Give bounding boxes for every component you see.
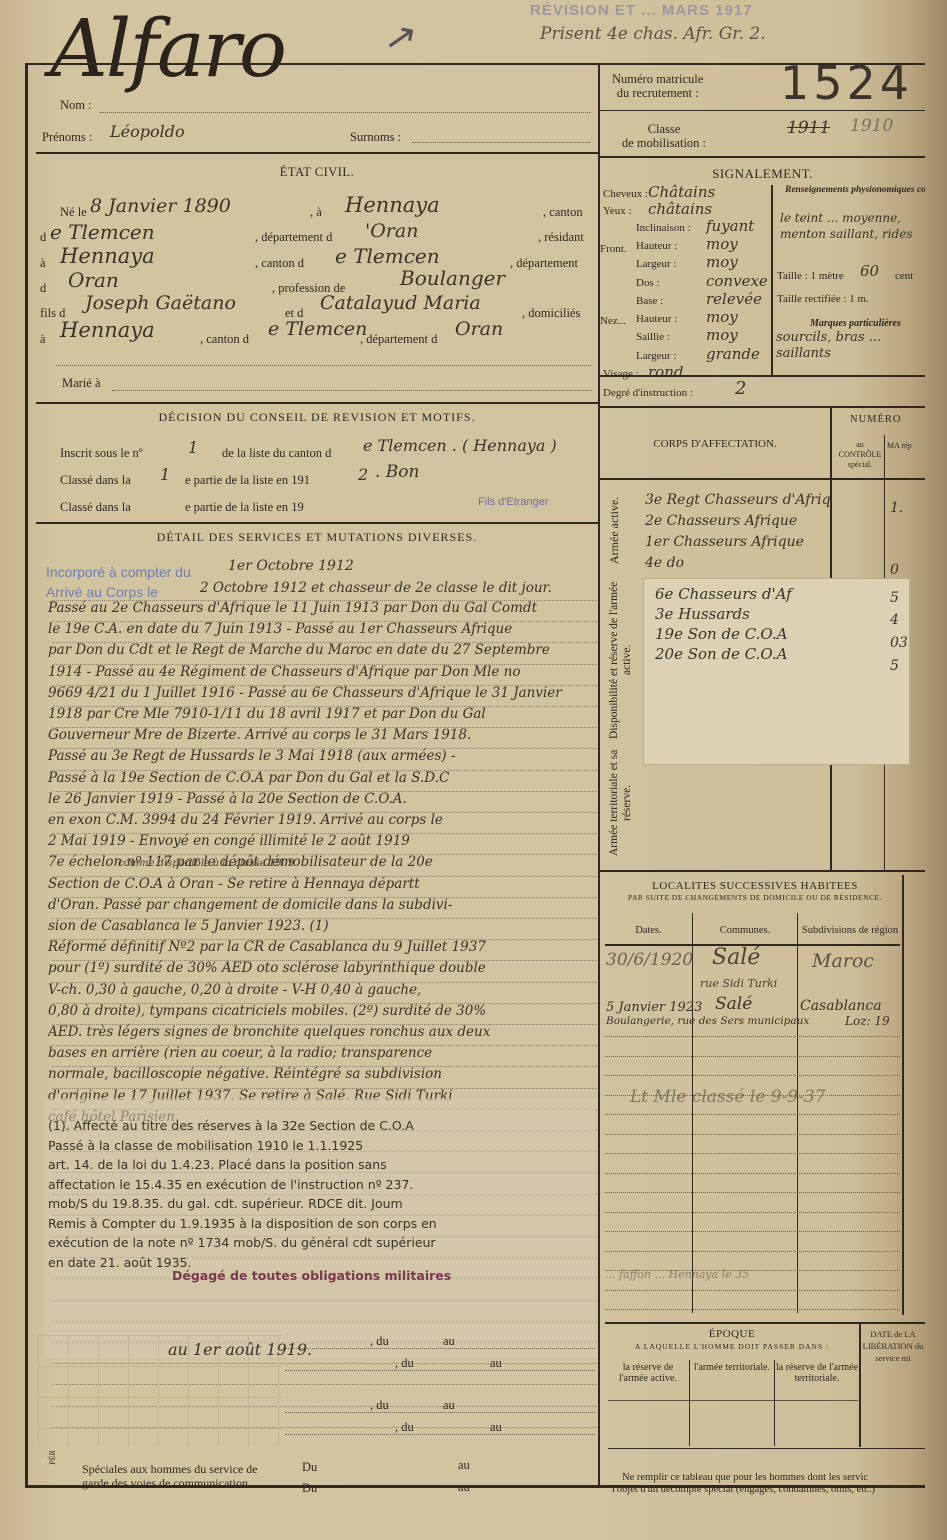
departement-value: 'Oran: [365, 220, 418, 242]
signalement-value: moy: [706, 235, 738, 253]
service-line: Passé au 2e Chasseurs d'Afrique le 11 Ju…: [48, 600, 598, 616]
rule: [36, 522, 598, 524]
taille-label: Taille : 1 mètre: [777, 270, 844, 282]
signalement-value: moy: [706, 326, 738, 344]
footnote-line: mob/S du 19.8.35. du gal. cdt. supérieur…: [48, 1196, 598, 1211]
profession-value: Boulanger: [400, 266, 505, 290]
service-line: V-ch. 0,30 à gauche, 0,20 à droite - V-H…: [48, 982, 598, 998]
signalement-label: Inclinaison :: [636, 222, 691, 234]
signalement-label: Hauteur :: [636, 240, 677, 252]
de-label: d: [40, 230, 46, 245]
top-note: Prisent 4e chas. Afr. Gr. 2.: [540, 24, 766, 44]
signalement-label: Largeur :: [636, 258, 676, 270]
signalement-label: Saillie :: [636, 331, 670, 343]
du-au-line: [285, 1348, 595, 1349]
du-au-line: [285, 1412, 595, 1413]
classe1-year: 2: [358, 465, 368, 484]
top-stamp: RÉVISION ET ... MARS 1917: [530, 2, 753, 19]
au-label: au: [490, 1356, 502, 1371]
au-label-s2: au: [458, 1480, 470, 1495]
disponibilite-entry: 19e Son de C.O.A: [655, 625, 787, 643]
right-col-number: 0: [890, 562, 899, 578]
signalement-value: châtains: [648, 200, 712, 218]
loc-ruled-line: [605, 1212, 900, 1213]
service-line: pour (1º) surdité de 30% AED oto scléros…: [48, 960, 598, 976]
departement2-value: Oran: [68, 268, 119, 292]
loc-subdivision-1: Maroc: [812, 950, 874, 972]
epoque-title: ÉPOQUE: [605, 1328, 859, 1340]
armee-active-entry: 2e Chasseurs Afrique: [645, 513, 830, 529]
canton-value: e Tlemcen: [50, 220, 155, 244]
conseil-title: DÉCISION DU CONSEIL DE REVISION ET MOTIF…: [36, 410, 598, 425]
speciales-line2: garde des voies de communication.: [82, 1476, 258, 1490]
corps-header: CORPS D'AFFECTATION.: [600, 438, 830, 450]
rule: [797, 913, 798, 1313]
signalement-label: Base :: [636, 295, 663, 307]
footnote-line: art. 14. de la loi du 1.4.23. Placé dans…: [48, 1157, 598, 1172]
disponibilite-entry: 20e Son de C.O.A: [655, 645, 787, 663]
loc-ruled-line: [605, 1231, 900, 1232]
birth-date: 8 Janvier 1890: [90, 195, 231, 217]
armee-active-label: Armée active.: [608, 480, 638, 580]
footnote-line: affectation le 15.4.35 en exécution de l…: [48, 1177, 598, 1192]
footnote-line: (1). Affecté au titre des réserves à la …: [48, 1118, 598, 1133]
residant-label: , résidant: [538, 230, 584, 245]
parents-canton: e Tlemcen: [268, 318, 367, 340]
rule: [36, 152, 598, 154]
rule: [605, 1322, 925, 1324]
signalement-value: grande: [706, 345, 760, 363]
degre-label: Degré d'instruction :: [603, 387, 693, 399]
service-line: Section de C.O.A à Oran - Se retire à He…: [48, 876, 598, 892]
loc-ruled-line: [605, 1251, 900, 1252]
au-label-s1: au: [458, 1458, 470, 1473]
renseignements-value: le teint ... moyenne, menton saillant, r…: [780, 210, 920, 260]
marie-label: Marié à: [62, 376, 101, 391]
loc-note-classe: Lt Mle classé le 9-9-37: [630, 1085, 830, 1109]
matricule-col-header: MA rép: [887, 440, 917, 452]
surnoms-line: [412, 142, 590, 143]
rule: [859, 1322, 861, 1447]
du-label: , du: [395, 1420, 414, 1435]
loc-ruled-line: [605, 1095, 900, 1096]
marques-label: Marques particulières: [810, 318, 901, 329]
au-label: au: [443, 1334, 455, 1349]
signalement-title: SIGNALEMENT.: [600, 166, 925, 182]
disponibilite-entry: 3e Hussards: [655, 605, 750, 623]
du-label: , du: [370, 1398, 389, 1413]
taille-unit: cent: [895, 270, 913, 282]
departement-label: , département d: [255, 230, 332, 245]
signalement-label: Dos :: [636, 277, 660, 289]
armee-active-entry: 4e do: [645, 555, 830, 571]
service-line: sion de Casablanca le 5 Janvier 1923. (1…: [48, 918, 598, 934]
disponibilite-entry: 6e Chasseurs d'Af: [655, 585, 792, 603]
birth-place: Hennaya: [345, 193, 440, 217]
signalement-value: moy: [706, 308, 738, 326]
loc-subdivision-4: Loz: 19: [845, 1014, 890, 1028]
ne-le-label: Né le: [60, 205, 87, 220]
du-label: , du: [370, 1334, 389, 1349]
incorpore-stamp: Incorporé à compter du: [46, 564, 191, 580]
localites-title: LOCALITES SUCCESSIVES HABITEES: [600, 880, 910, 892]
loc-ruled-line: [605, 1290, 900, 1291]
signalement-value: moy: [706, 253, 738, 271]
loc-commune-1: Salé: [712, 945, 760, 970]
classe-label-2: de mobilisation :: [622, 136, 706, 150]
au-label: au: [490, 1420, 502, 1435]
loc-ruled-line: [605, 1173, 900, 1174]
au-label: au: [443, 1398, 455, 1413]
degage-stamp: Dégagé de toutes obligations militaires: [172, 1268, 451, 1283]
speciales-label: Spéciales aux hommes du service de garde…: [82, 1462, 258, 1490]
liste-canton-value: e Tlemcen . ( Hennaya ): [363, 436, 557, 455]
parents-dept: Oran: [455, 318, 503, 340]
classe1-result: . Bon: [375, 462, 419, 482]
loc-commune-3: Salé: [715, 994, 752, 1014]
loc-commune-2: rue Sidi Turki: [700, 977, 777, 990]
arrive-stamp: Arrivé au Corps le: [46, 584, 158, 600]
taille-rectifiee-label: Taille rectifiée : 1 m.: [777, 293, 869, 305]
nez-label: Nez...: [600, 315, 626, 327]
epoque-col-header: la réserve de l'armée territoriale.: [775, 1362, 859, 1384]
speciales-line1: Spéciales aux hommes du service de: [82, 1462, 258, 1476]
loc-ruled-line: [605, 1114, 900, 1115]
canton-label: , canton: [543, 205, 583, 220]
disponibilite-label: Disponibilité et réserve de l'armée acti…: [608, 580, 638, 740]
classe2-label: Classé dans la: [60, 500, 131, 515]
renseignements-label: Renseignements physionomiques complément…: [785, 185, 925, 196]
armee-active-entry: 1er Chasseurs Afrique: [645, 534, 830, 550]
du-label: , du: [395, 1356, 414, 1371]
service-line: AED. très légers signes de bronchite que…: [48, 1024, 598, 1040]
territoriale-label: Armée territoriale et sa réserve.: [608, 735, 638, 870]
service-line: d'Oran. Passé par changement de domicile…: [48, 897, 598, 913]
parents-place: Hennaya: [60, 318, 155, 342]
loc-ruled-line: [605, 1270, 900, 1271]
signalement-label: Visage :: [603, 368, 639, 380]
parents-canton-label: , canton d: [200, 332, 249, 347]
signalement-value: relevée: [706, 290, 762, 308]
surname-calligraphy: Alfaro: [50, 4, 285, 94]
military-register-page: Alfaro RÉVISION ET ... MARS 1917 Prisent…: [0, 0, 947, 1540]
matricule-label-1: Numéro matricule: [612, 72, 703, 86]
check-mark-icon: ↗: [381, 13, 420, 62]
service-line: Réformé définitif Nº2 par la CR de Casab…: [48, 939, 598, 955]
arrive-value: 2 Octobre 1912 et chasseur de 2e classe …: [200, 580, 552, 596]
signalement-label: Cheveux :: [603, 188, 648, 200]
degre-value: 2: [735, 378, 746, 399]
inscrit-label: Inscrit sous le nº: [60, 446, 143, 461]
right-col-number: 03: [890, 635, 908, 651]
classe-label: Classe de mobilisation :: [622, 122, 706, 150]
frame-left: [25, 63, 28, 1488]
signalement-label: Yeux :: [603, 205, 632, 217]
au-controle-header: au CONTRÔLE spécial.: [836, 440, 884, 470]
footnote-line: exécution de la note nº 1734 mob/S. du g…: [48, 1235, 598, 1250]
matricule-label-2: du recrutement :: [612, 86, 703, 100]
father-name: Joseph Gaëtano: [85, 292, 236, 314]
rule: [600, 870, 925, 872]
residence-a: à: [40, 256, 46, 271]
mother-name: Catalayud Maria: [320, 292, 481, 314]
domicilies-label: , domiciliés: [522, 306, 580, 321]
residence-value: Hennaya: [60, 244, 155, 268]
classe1-value: 1: [160, 465, 170, 484]
column-divider: [598, 63, 600, 1485]
signalement-value: Châtains: [648, 183, 715, 201]
right-col-number: 1.: [890, 500, 903, 516]
loc-ruled-line: [605, 1036, 900, 1037]
epoque-footer-1: Ne remplir ce tableau que pour les homme…: [612, 1472, 875, 1484]
loc-date-1: 30/6/1920: [606, 950, 693, 970]
classe2-mid: e partie de la liste en 19: [185, 500, 304, 515]
interline-note: comme disponible à la classe 1909: [118, 858, 294, 869]
front-label: Front.: [600, 243, 627, 255]
epoque-footer-2: l'objet d'un décompte spécial (engagés, …: [612, 1484, 875, 1496]
etat-civil-title: ÉTAT CIVIL.: [36, 165, 598, 180]
signalement-value: convexe: [706, 272, 768, 290]
right-col-number: 5: [890, 590, 899, 606]
prenoms-label: Prénoms :: [42, 130, 92, 145]
signalement-value: fuyant: [706, 217, 754, 235]
service-line: 1914 - Passé au 4e Régiment de Chasseurs…: [48, 664, 598, 680]
service-line: en exon C.M. 3994 du 24 Février 1919. Ar…: [48, 812, 598, 828]
loc-ruled-line: [605, 1153, 900, 1154]
signalement-value: rond: [648, 363, 683, 381]
epoque-footer: Ne remplir ce tableau que pour les homme…: [612, 1472, 875, 1496]
service-line: le 26 Janvier 1919 - Passé à la 20e Sect…: [48, 791, 598, 807]
classe1-label: Classé dans la: [60, 473, 131, 488]
service-line: 9669 4/21 du 1 Juillet 1916 - Passé au 6…: [48, 685, 598, 701]
matricule-number: 1524: [780, 56, 913, 110]
inscrit-value: 1: [188, 438, 198, 457]
loc-ruled-line: [605, 1134, 900, 1135]
localites-subtitle: PAR SUITE DE CHANGEMENTS DE DOMICILE OU …: [600, 893, 910, 902]
du-label-2: Du: [302, 1481, 317, 1496]
epoque-col-header: l'armée territoriale.: [690, 1362, 774, 1373]
loc-subdivision-3: Casablanca: [800, 998, 882, 1014]
loc-date-4: Boulangerie, rue des Sers municipaux: [606, 1015, 809, 1027]
loc-ruled-line: [605, 1192, 900, 1193]
a-label: , à: [310, 205, 322, 220]
rule: [771, 185, 773, 375]
classe-label-1: Classe: [622, 122, 706, 136]
loc-date-2: 5 Janvier 1923: [606, 1000, 702, 1015]
rule: [692, 913, 693, 1313]
matricule-label: Numéro matricule du recrutement :: [612, 72, 703, 100]
incorpore-value: 1er Octobre 1912: [228, 558, 354, 574]
service-line: bases en arrière (rien au coeur, à la ra…: [48, 1045, 598, 1061]
rule: [600, 406, 925, 408]
du-au-line: [285, 1434, 595, 1435]
fils-etranger-stamp: Fils d'Etranger: [478, 496, 549, 508]
service-line: Passé au 3e Regt de Hussards le 3 Mai 19…: [48, 748, 598, 764]
loc-ruled-line: [605, 1309, 900, 1310]
localites-col-header: Communes.: [693, 925, 797, 936]
parents-dept-label: , département d: [360, 332, 437, 347]
au-aout: au 1er août 1919.: [168, 1340, 312, 1359]
per-label: PÉR: [48, 1450, 57, 1465]
rule: [608, 1448, 925, 1449]
service-line: normale, bacilloscopie négative. Réintég…: [48, 1066, 598, 1082]
localites-col-header: Subdivisions de région: [798, 925, 902, 936]
services-title: DÉTAIL DES SERVICES ET MUTATIONS DIVERSE…: [36, 530, 598, 545]
du-label-1: Du: [302, 1460, 317, 1475]
service-line: 2 Mai 1919 - Envoyé en congé illimité le…: [48, 833, 598, 849]
prenoms-value: Léopoldo: [110, 122, 185, 141]
service-line: par Don du Cdt et le Regt de Marche du M…: [48, 642, 598, 658]
marques-value: sourcils, bras ... saillants: [776, 330, 926, 364]
liste-canton-label: de la liste du canton d: [222, 446, 331, 461]
taille-value: 60: [860, 262, 879, 280]
armee-active-entry: 3e Regt Chasseurs d'Afrique: [645, 492, 830, 508]
departement2-label: , département: [510, 256, 578, 271]
parents-a: à: [40, 332, 46, 347]
service-line: 1918 par Cre Mle 7910-1/11 du 18 avril 1…: [48, 706, 598, 722]
classe-value: 1910: [850, 116, 893, 136]
numero-header: NUMÉRO: [850, 414, 902, 425]
nom-label: Nom :: [60, 98, 92, 113]
classe-struck: 1911: [787, 118, 830, 138]
service-line: 0,80 à droite), tympans cicatriciels mob…: [48, 1003, 598, 1019]
du-au-line: [285, 1370, 595, 1371]
signalement-label: Hauteur :: [636, 313, 677, 325]
epoque-col-header: la réserve de l'armée active.: [607, 1362, 689, 1384]
loc-ruled-line: [605, 1056, 900, 1057]
surnoms-label: Surnoms :: [350, 130, 401, 145]
footnote-line: Passé à la classe de mobilisation 1910 l…: [48, 1138, 598, 1153]
rule: [902, 875, 904, 1315]
marie-line: [112, 390, 592, 391]
canton-de-label: , canton d: [255, 256, 304, 271]
d2-label: d: [40, 281, 46, 296]
signalement-label: Largeur :: [636, 350, 676, 362]
classe1-mid: e partie de la liste en 191: [185, 473, 310, 488]
residence-canton: e Tlemcen: [335, 244, 440, 268]
blank-line: [56, 365, 591, 366]
epoque-subtitle: A LAQUELLE L'HOMME DOIT PASSER DANS :: [605, 1342, 859, 1351]
rule: [600, 375, 925, 377]
rule: [600, 478, 925, 480]
service-line: Passé à la 19e Section de C.O.A par Don …: [48, 770, 598, 786]
localites-col-header: Dates.: [605, 925, 692, 936]
rule: [600, 110, 925, 111]
loc-ruled-line: [605, 1075, 900, 1076]
service-line: Gouverneur Mre de Bizerte. Arrivé au cor…: [48, 727, 598, 743]
date-liberation-header: DATE de LA LIBÉRATION du service mi: [862, 1328, 924, 1380]
rule: [608, 1400, 858, 1401]
rule: [600, 156, 925, 158]
right-col-number: 4: [890, 612, 899, 628]
nom-line: [100, 112, 590, 113]
service-line: le 19e C.A. en date du 7 Juin 1913 - Pas…: [48, 621, 598, 637]
footnote-line: Remis à Compter du 1.9.1935 à la disposi…: [48, 1216, 598, 1231]
rule: [36, 402, 598, 404]
right-col-number: 5: [890, 658, 899, 674]
